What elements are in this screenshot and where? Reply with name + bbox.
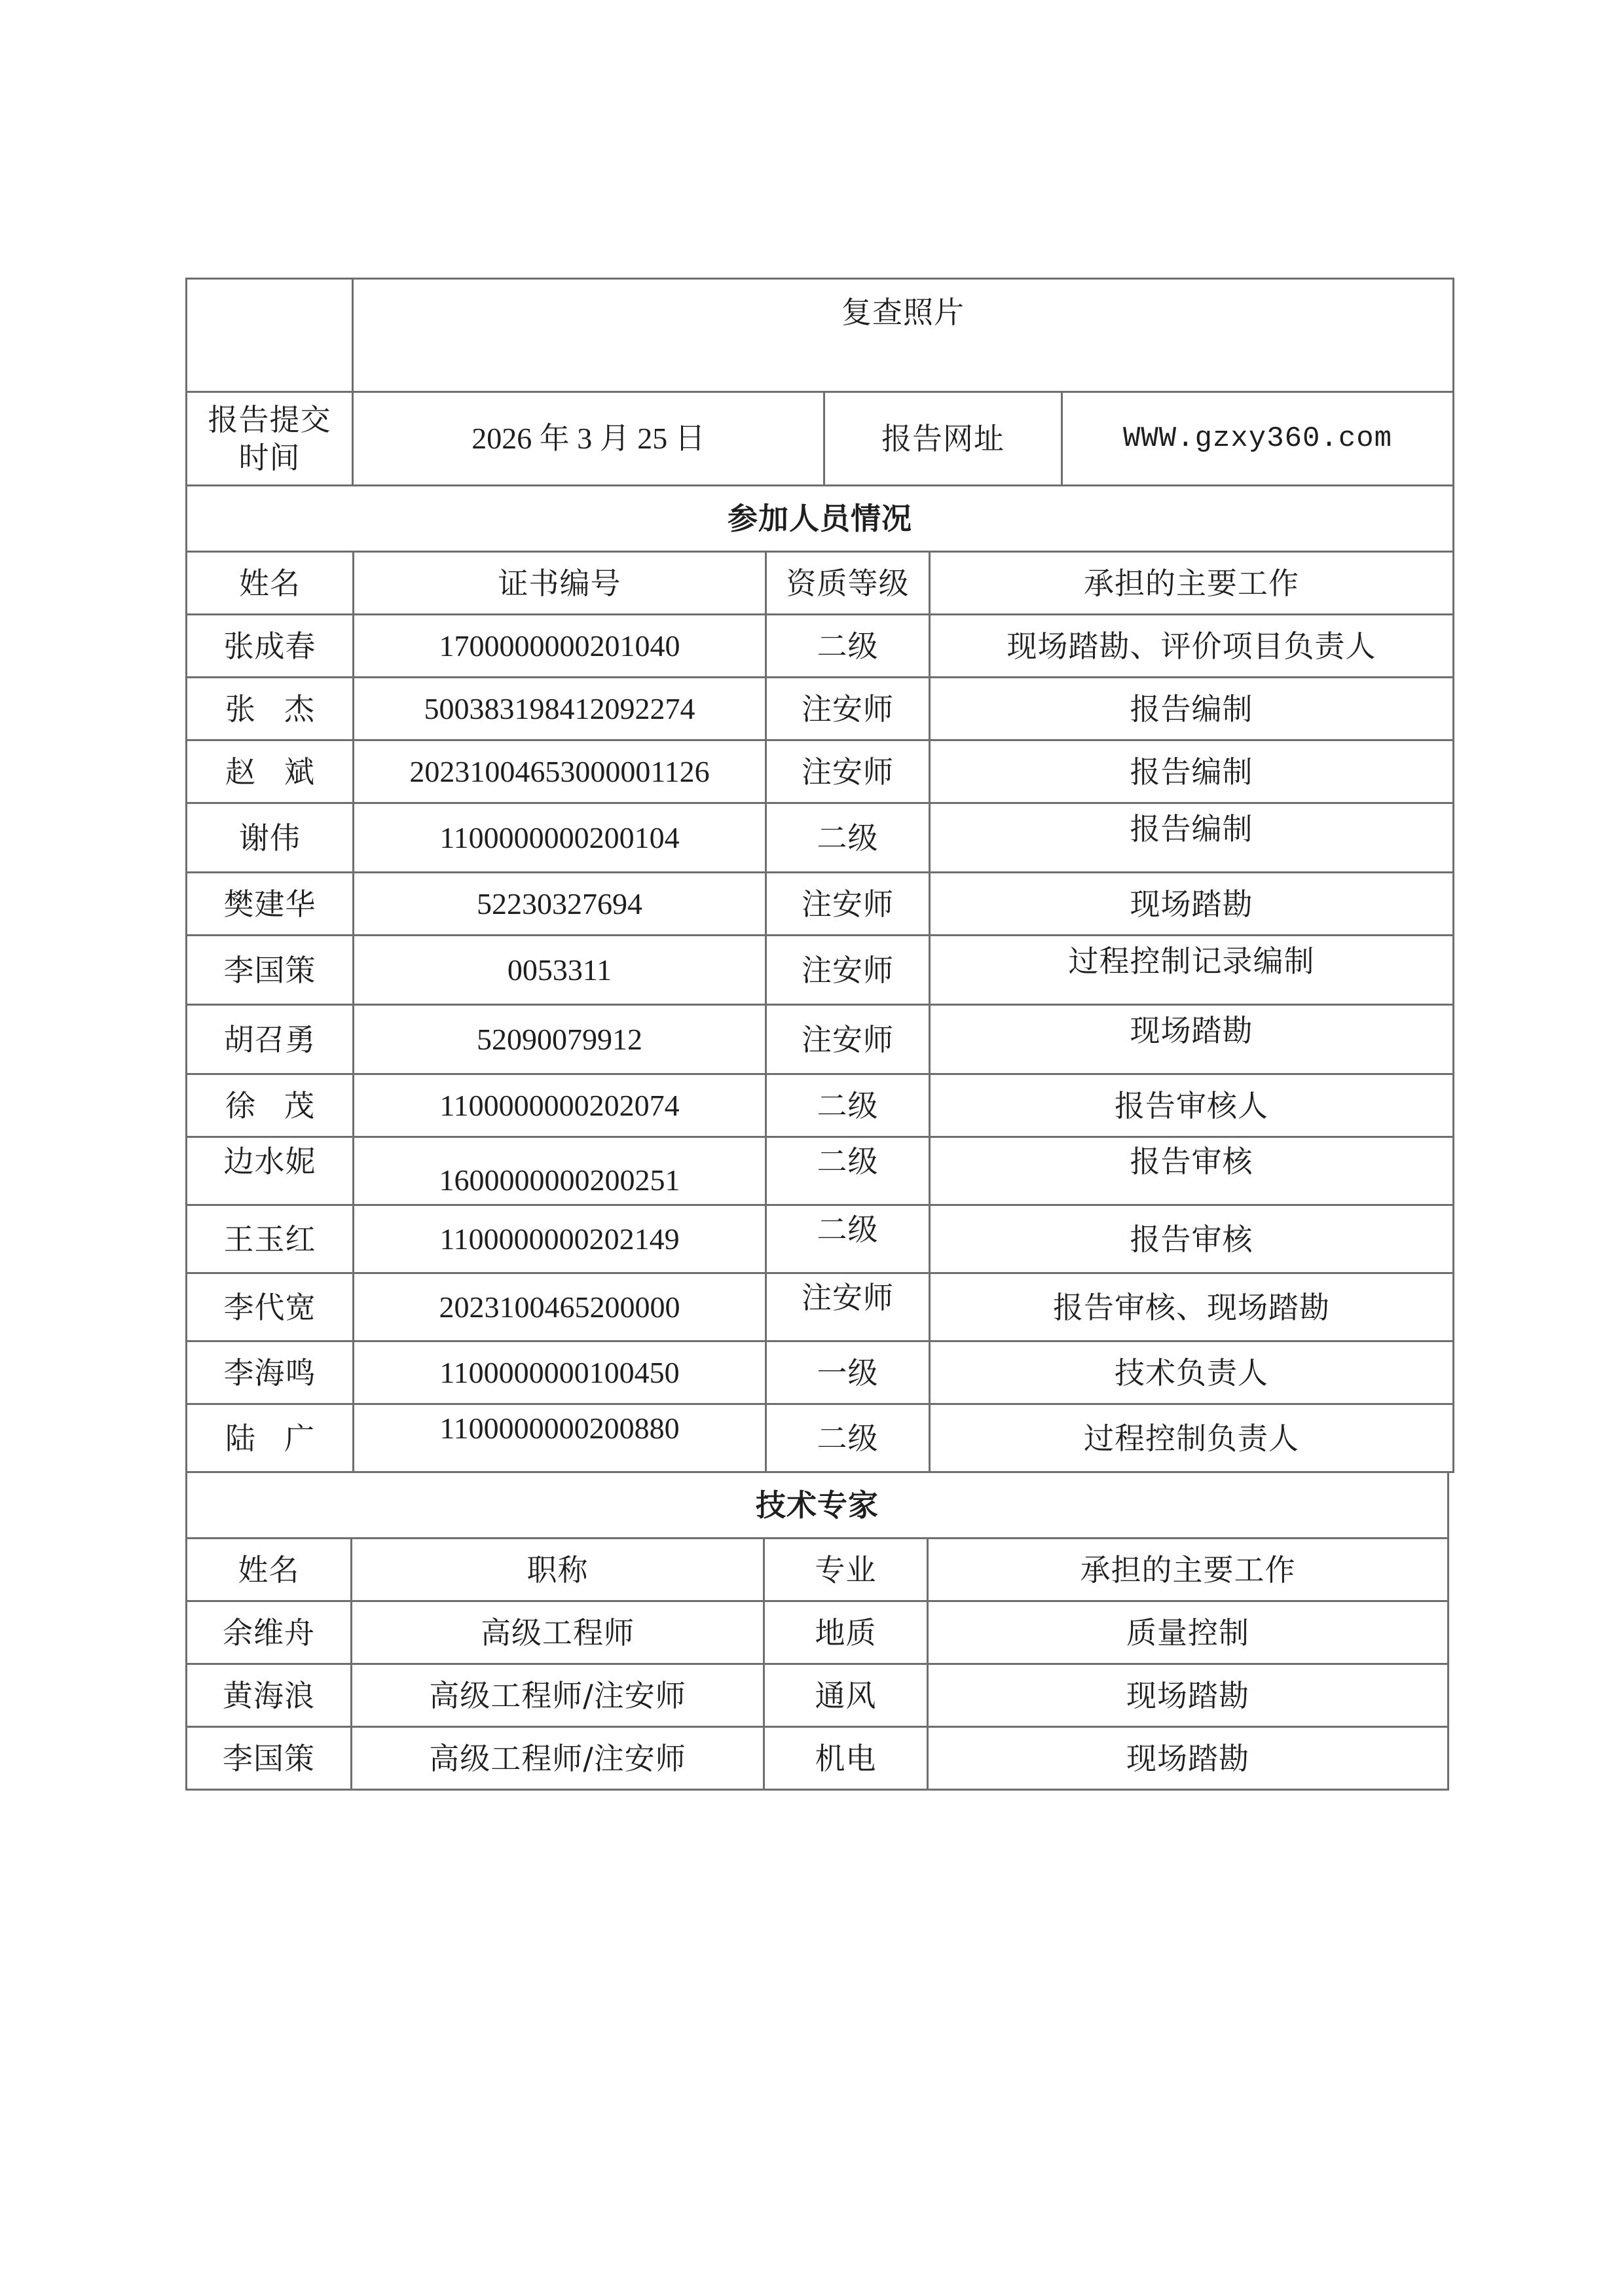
photo-row: 复查照片 (187, 279, 1454, 392)
cert-number: 52230327694 (354, 873, 766, 936)
table-row: 余维舟 高级工程师 地质 质量控制 (187, 1601, 1449, 1664)
person-name: 赵斌 (187, 740, 354, 803)
header-name: 姓名 (187, 552, 354, 615)
submit-time-label: 报告提交 时间 (187, 392, 353, 486)
table-row: 黄海浪 高级工程师/注安师 通风 现场踏勘 (187, 1664, 1449, 1727)
qualification: 二级 (766, 1205, 930, 1273)
submit-time-label-line2: 时间 (187, 439, 352, 477)
expert-title: 高级工程师/注安师 (352, 1727, 764, 1790)
table-row: 李海鸣 1100000000100450 一级 技术负责人 (187, 1341, 1454, 1404)
header-main-work: 承担的主要工作 (928, 1539, 1449, 1601)
qualification: 一级 (766, 1341, 930, 1404)
expert-work: 现场踏勘 (928, 1664, 1449, 1727)
qualification: 二级 (766, 803, 930, 873)
cert-number: 1100000000202149 (354, 1205, 766, 1273)
cert-number: 1700000000201040 (354, 615, 766, 678)
main-work: 现场踏勘、评价项目负责人 (930, 615, 1454, 678)
qualification: 二级 (766, 1404, 930, 1472)
person-name: 张杰 (187, 678, 354, 740)
header-qualification: 资质等级 (766, 552, 930, 615)
submit-date: 2026 年 3 月 25 日 (353, 392, 824, 486)
expert-specialty: 机电 (764, 1727, 928, 1790)
personnel-column-headers: 姓名 证书编号 资质等级 承担的主要工作 (187, 552, 1454, 615)
person-name: 边水妮 (187, 1137, 354, 1205)
submission-row: 报告提交 时间 2026 年 3 月 25 日 报告网址 WWW.gzxy360… (187, 392, 1454, 486)
cert-number: 500383198412092274 (354, 678, 766, 740)
person-name: 胡召勇 (187, 1005, 354, 1074)
person-name: 徐茂 (187, 1074, 354, 1137)
person-name: 王玉红 (187, 1205, 354, 1273)
experts-table: 技术专家 姓名 职称 专业 承担的主要工作 余维舟 高级工程师 地质 质量控制 … (185, 1471, 1449, 1791)
report-document: 复查照片 报告提交 时间 2026 年 3 月 25 日 报告网址 WWW.gz… (185, 278, 1452, 1791)
report-url-label: 报告网址 (824, 392, 1062, 486)
table-row: 李国策 高级工程师/注安师 机电 现场踏勘 (187, 1727, 1449, 1790)
person-name: 陆广 (187, 1404, 354, 1472)
submit-time-label-line1: 报告提交 (187, 401, 352, 439)
experts-section-header: 技术专家 (187, 1472, 1449, 1539)
main-work: 报告审核 (930, 1137, 1454, 1205)
photo-row-blank-cell (187, 279, 353, 392)
cert-number: 52090079912 (354, 1005, 766, 1074)
table-row: 张杰 500383198412092274 注安师 报告编制 (187, 678, 1454, 740)
person-name: 樊建华 (187, 873, 354, 936)
expert-name: 黄海浪 (187, 1664, 352, 1727)
cert-number: 0053311 (354, 936, 766, 1005)
main-work: 报告编制 (930, 740, 1454, 803)
qualification: 注安师 (766, 1005, 930, 1074)
cert-number: 1100000000202074 (354, 1074, 766, 1137)
table-row: 李代宽 2023100465200000 注安师 报告审核、现场踏勘 (187, 1273, 1454, 1341)
main-work: 现场踏勘 (930, 1005, 1454, 1074)
expert-specialty: 地质 (764, 1601, 928, 1664)
header-specialty: 专业 (764, 1539, 928, 1601)
cert-number: 2023100465200000 (354, 1273, 766, 1341)
table-row: 徐茂 1100000000202074 二级 报告审核人 (187, 1074, 1454, 1137)
qualification: 注安师 (766, 740, 930, 803)
header-cert-number: 证书编号 (354, 552, 766, 615)
person-name: 李海鸣 (187, 1341, 354, 1404)
qualification: 注安师 (766, 1273, 930, 1341)
person-name: 张成春 (187, 615, 354, 678)
table-row: 胡召勇 52090079912 注安师 现场踏勘 (187, 1005, 1454, 1074)
expert-work: 质量控制 (928, 1601, 1449, 1664)
report-info-table: 复查照片 报告提交 时间 2026 年 3 月 25 日 报告网址 WWW.gz… (185, 278, 1454, 486)
experts-section-title: 技术专家 (187, 1472, 1449, 1539)
expert-specialty: 通风 (764, 1664, 928, 1727)
main-work: 报告编制 (930, 803, 1454, 873)
review-photo-label: 复查照片 (353, 279, 1454, 392)
person-name: 谢伟 (187, 803, 354, 873)
qualification: 二级 (766, 615, 930, 678)
main-work: 过程控制负责人 (930, 1404, 1454, 1472)
cert-number: 1100000000200104 (354, 803, 766, 873)
personnel-section-title: 参加人员情况 (187, 486, 1454, 552)
qualification: 二级 (766, 1137, 930, 1205)
table-row: 李国策 0053311 注安师 过程控制记录编制 (187, 936, 1454, 1005)
cert-number: 20231004653000001126 (354, 740, 766, 803)
table-row: 樊建华 52230327694 注安师 现场踏勘 (187, 873, 1454, 936)
experts-column-headers: 姓名 职称 专业 承担的主要工作 (187, 1539, 1449, 1601)
expert-work: 现场踏勘 (928, 1727, 1449, 1790)
main-work: 报告审核、现场踏勘 (930, 1273, 1454, 1341)
header-main-work: 承担的主要工作 (930, 552, 1454, 615)
report-url-value[interactable]: WWW.gzxy360.com (1062, 392, 1454, 486)
qualification: 二级 (766, 1074, 930, 1137)
expert-name: 余维舟 (187, 1601, 352, 1664)
qualification: 注安师 (766, 873, 930, 936)
main-work: 技术负责人 (930, 1341, 1454, 1404)
header-professional-title: 职称 (352, 1539, 764, 1601)
main-work: 报告审核人 (930, 1074, 1454, 1137)
main-work: 报告审核 (930, 1205, 1454, 1273)
person-name: 李国策 (187, 936, 354, 1005)
main-work: 过程控制记录编制 (930, 936, 1454, 1005)
table-row: 张成春 1700000000201040 二级 现场踏勘、评价项目负责人 (187, 615, 1454, 678)
person-name: 李代宽 (187, 1273, 354, 1341)
personnel-table: 参加人员情况 姓名 证书编号 资质等级 承担的主要工作 张成春 17000000… (185, 484, 1454, 1473)
qualification: 注安师 (766, 678, 930, 740)
header-name: 姓名 (187, 1539, 352, 1601)
table-row: 谢伟 1100000000200104 二级 报告编制 (187, 803, 1454, 873)
cert-number: 1600000000200251 (354, 1137, 766, 1205)
cert-number: 1100000000200880 (354, 1404, 766, 1472)
main-work: 现场踏勘 (930, 873, 1454, 936)
table-row: 王玉红 1100000000202149 二级 报告审核 (187, 1205, 1454, 1273)
table-row: 边水妮 1600000000200251 二级 报告审核 (187, 1137, 1454, 1205)
personnel-section-header: 参加人员情况 (187, 486, 1454, 552)
cert-number: 1100000000100450 (354, 1341, 766, 1404)
table-row: 陆广 1100000000200880 二级 过程控制负责人 (187, 1404, 1454, 1472)
expert-name: 李国策 (187, 1727, 352, 1790)
qualification: 注安师 (766, 936, 930, 1005)
table-row: 赵斌 20231004653000001126 注安师 报告编制 (187, 740, 1454, 803)
expert-title: 高级工程师 (352, 1601, 764, 1664)
expert-title: 高级工程师/注安师 (352, 1664, 764, 1727)
main-work: 报告编制 (930, 678, 1454, 740)
